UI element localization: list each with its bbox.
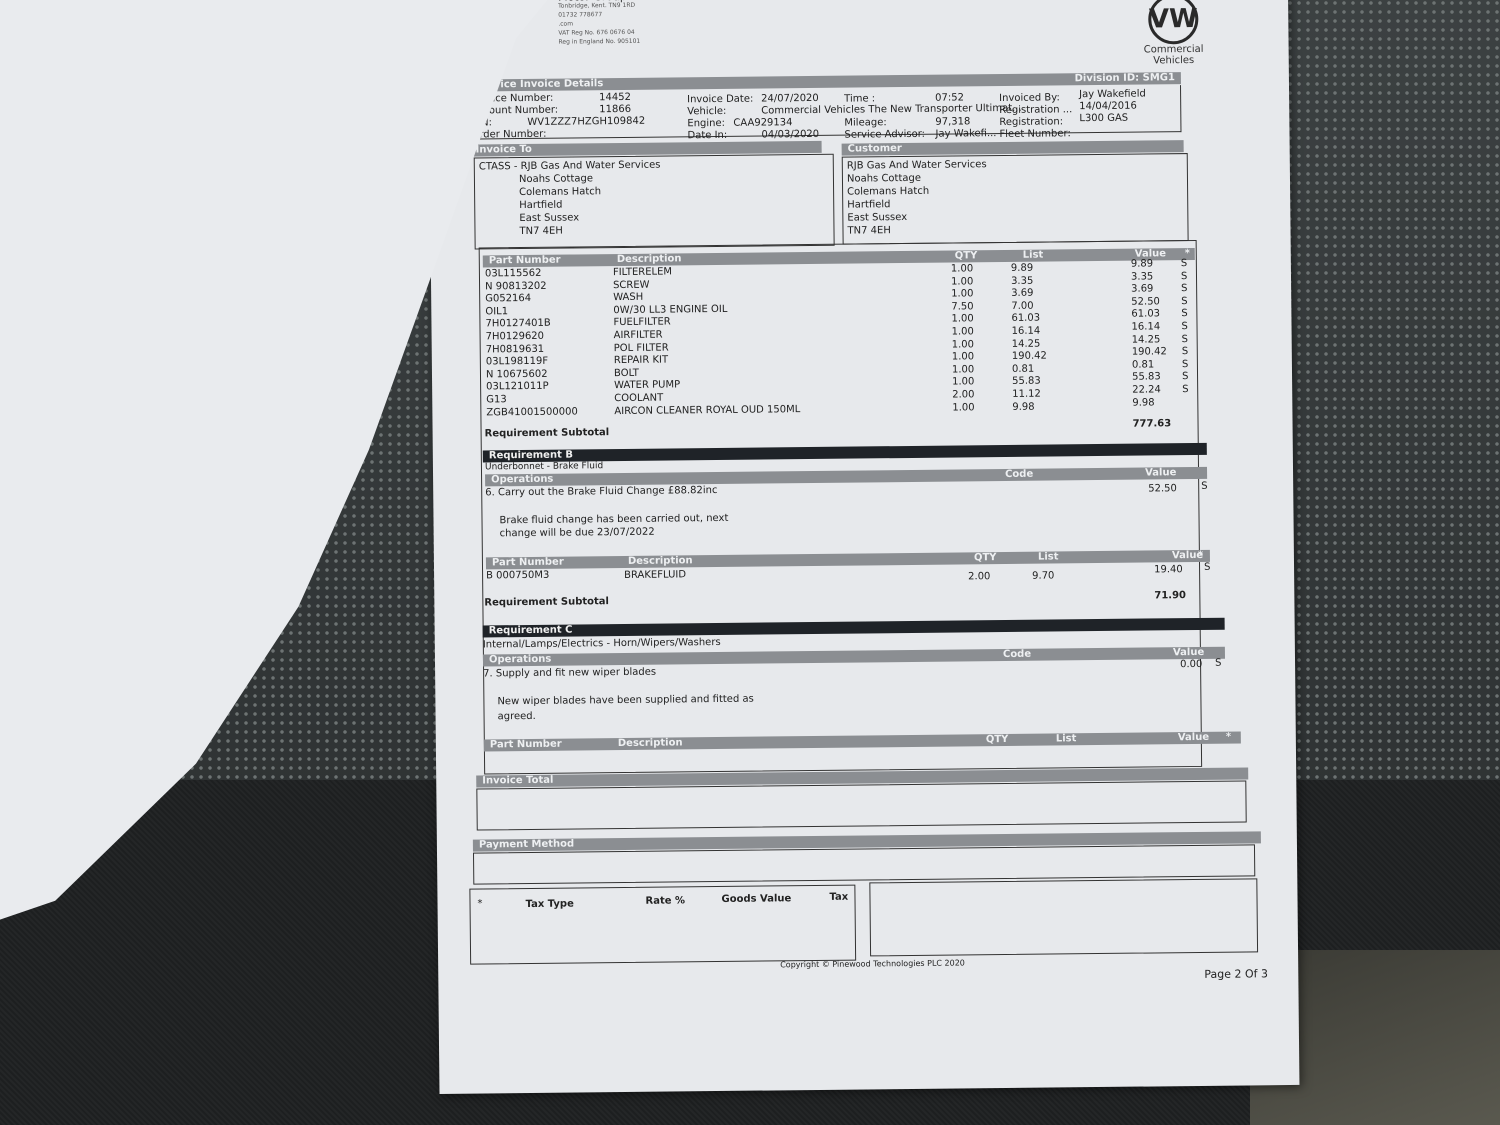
- part-value: 0.81: [1132, 359, 1154, 370]
- part-value: 9.98: [1132, 397, 1154, 408]
- date-in-label: Date In:: [687, 130, 727, 141]
- invoice-number: 14452: [599, 92, 631, 103]
- part-number: 7H0819631: [486, 343, 545, 355]
- requirement-b-title: Requirement B: [489, 450, 573, 462]
- part-value: 3.35: [1131, 271, 1153, 282]
- part-description: BRAKEFLUID: [624, 569, 686, 581]
- value-label: Value: [1145, 467, 1176, 479]
- part-number: N 10675602: [486, 369, 548, 381]
- part-list-price: 3.35: [1011, 275, 1033, 286]
- notes-box: [869, 878, 1258, 956]
- part-value: 22.24: [1132, 384, 1161, 395]
- part-description: WASH: [613, 292, 643, 303]
- service-advisor: Jay Wakefi...: [935, 128, 996, 140]
- dealer-company-number: Reg in England No. 905101: [558, 37, 640, 47]
- header-description: Description: [617, 253, 682, 266]
- part-number: N 90813202: [485, 280, 547, 292]
- requirement-c-note-line-2: agreed.: [498, 711, 536, 722]
- engine-label: Engine:: [687, 118, 725, 129]
- part-description: AIRFILTER: [614, 330, 663, 342]
- part-list-price: 7.00: [1011, 300, 1033, 311]
- part-number: OIL1: [485, 306, 508, 317]
- time: 07:52: [935, 92, 964, 103]
- goods-value-header: Goods Value: [721, 893, 791, 905]
- part-description: 0W/30 LL3 ENGINE OIL: [613, 304, 727, 316]
- mileage: 97,318: [935, 116, 970, 127]
- part-value: 190.42: [1132, 346, 1167, 357]
- requirement-a-subtotal-label: Requirement Subtotal: [485, 427, 610, 439]
- invoice-date-label: Invoice Date:: [687, 94, 753, 106]
- registration-date-label: Registration ...: [999, 104, 1072, 116]
- part-qty: 1.00: [951, 276, 973, 287]
- requirement-c-operation: 7. Supply and fit new wiper blades: [483, 667, 656, 680]
- part-number: 03L121011P: [486, 381, 549, 393]
- invoice-total-box: [476, 780, 1246, 830]
- part-number: 7H0129620: [486, 331, 545, 343]
- code-label: Code: [1005, 469, 1033, 481]
- part-qty: 1.00: [952, 339, 974, 350]
- part-tax-code: S: [1181, 283, 1187, 294]
- requirement-b-operation-tax: S: [1201, 481, 1207, 492]
- requirement-c-operation-value: 0.00: [1180, 659, 1202, 670]
- header-part-number: Part Number: [492, 557, 564, 570]
- part-description: AIRCON CLEANER ROYAL OUD 150ML: [614, 404, 800, 417]
- part-qty: 1.00: [952, 351, 974, 362]
- part-description: WATER PUMP: [614, 380, 680, 392]
- header-description: Description: [628, 555, 693, 568]
- header-list: List: [1056, 733, 1077, 745]
- invoice-total-title: Invoice Total: [482, 775, 553, 787]
- part-value: 61.03: [1131, 309, 1160, 320]
- account-number: 11866: [599, 104, 631, 115]
- header-part-number: Part Number: [489, 255, 561, 268]
- brand-line-2: Vehicles: [1129, 55, 1219, 67]
- payment-method-title: Payment Method: [479, 839, 574, 851]
- part-tax-code: S: [1182, 334, 1188, 345]
- vin: WV1ZZZ7HZGH109842: [527, 116, 645, 128]
- header-flag: *: [1198, 550, 1203, 562]
- invoice-to-title: Invoice To: [476, 144, 532, 156]
- dealer-info: Motor Group Tonbridge, Kent. TN9 1RD 017…: [558, 0, 640, 47]
- part-qty: 1.00: [951, 288, 973, 299]
- invoice-to-box: CTASS - RJB Gas And Water ServicesNoahs …: [474, 154, 835, 250]
- part-number: 7H0127401B: [485, 318, 550, 330]
- part-list-price: 9.89: [1011, 263, 1033, 274]
- code-label: Code: [1003, 649, 1031, 661]
- payment-method-box: [473, 844, 1255, 884]
- part-list-price: 55.83: [1012, 376, 1041, 387]
- part-description: FUELFILTER: [613, 317, 670, 329]
- rate-header: Rate %: [645, 895, 685, 906]
- part-list-price: 16.14: [1012, 326, 1041, 337]
- tax-header: Tax: [829, 892, 848, 903]
- part-list-price: 14.25: [1012, 338, 1041, 349]
- part-qty: 1.00: [952, 364, 974, 375]
- requirement-b-operation-value: 52.50: [1148, 483, 1177, 494]
- part-number: ZGB41001500000: [486, 406, 578, 418]
- part-tax-code: S: [1181, 308, 1187, 319]
- part-list-price: 190.42: [1012, 351, 1047, 362]
- brand-text: Commercial Vehicles: [1129, 44, 1219, 67]
- invoice-page: Motor Group Tonbridge, Kent. TN9 1RD 017…: [428, 0, 1299, 1094]
- part-tax-code: S: [1182, 384, 1188, 395]
- page-number: Page 2 Of 3: [1204, 967, 1268, 981]
- part-tax-code: S: [1181, 321, 1187, 332]
- part-tax-code: S: [1182, 371, 1188, 382]
- part-number: 03L115562: [485, 268, 542, 280]
- part-tax-code: S: [1181, 296, 1187, 307]
- header-list: List: [1038, 551, 1059, 563]
- header-qty: QTY: [955, 250, 978, 262]
- part-value: 19.40: [1154, 564, 1183, 575]
- dealer-address: Tonbridge, Kent. TN9 1RD: [558, 1, 640, 11]
- part-list-price: 61.03: [1011, 313, 1040, 324]
- header-qty: QTY: [986, 734, 1009, 746]
- part-value: 55.83: [1132, 372, 1161, 383]
- operations-label: Operations: [491, 474, 553, 486]
- header-flag: *: [1226, 732, 1231, 744]
- part-qty: 1.00: [951, 314, 973, 325]
- part-list-price: 3.69: [1011, 288, 1033, 299]
- part-value: 14.25: [1132, 334, 1161, 345]
- part-tax-code: S: [1182, 346, 1188, 357]
- part-qty: 1.00: [952, 326, 974, 337]
- header-qty: QTY: [974, 552, 997, 564]
- part-description: POL FILTER: [614, 342, 669, 354]
- copyright: Copyright © Pinewood Technologies PLC 20…: [780, 958, 965, 969]
- address-line: TN7 4EH: [479, 222, 829, 239]
- requirements-frame: [479, 240, 1202, 774]
- part-qty: 1.00: [951, 263, 973, 274]
- part-tax-code: S: [1182, 359, 1188, 370]
- part-tax-code: S: [1204, 562, 1210, 573]
- part-value: 3.69: [1131, 284, 1153, 295]
- part-qty: 1.00: [952, 377, 974, 388]
- invoice-date: 24/07/2020: [761, 93, 819, 105]
- part-qty: 1.00: [952, 402, 974, 413]
- part-list-price: 9.70: [1032, 570, 1054, 581]
- vw-logo-icon: VW: [1148, 0, 1199, 44]
- requirement-c-operation-tax: S: [1215, 658, 1221, 669]
- part-description: FILTERELEM: [613, 266, 672, 278]
- part-qty: 2.00: [968, 571, 990, 582]
- requirement-c-title: Requirement C: [489, 625, 573, 637]
- operations-label: Operations: [489, 654, 551, 666]
- time-label: Time :: [844, 93, 875, 104]
- requirement-a-subtotal: 777.63: [1132, 418, 1171, 429]
- part-value: 52.50: [1131, 296, 1160, 307]
- part-number: G052164: [485, 293, 531, 304]
- tax-type-header: Tax Type: [525, 899, 573, 911]
- date-in: 04/03/2020: [761, 129, 819, 141]
- header-value: Value: [1178, 732, 1209, 744]
- header-list: List: [1023, 250, 1044, 262]
- vehicle-label: Vehicle:: [687, 106, 726, 117]
- customer-title: Customer: [848, 143, 902, 155]
- part-list-price: 9.98: [1012, 401, 1034, 412]
- part-qty: 2.00: [952, 389, 974, 400]
- registration: L300 GAS: [1079, 113, 1128, 125]
- part-list-price: 0.81: [1012, 363, 1034, 374]
- part-value: 16.14: [1131, 321, 1160, 332]
- part-description: BOLT: [614, 368, 639, 379]
- requirement-b-subtotal: 71.90: [1154, 590, 1186, 601]
- customer-box: RJB Gas And Water ServicesNoahs CottageC…: [842, 153, 1189, 245]
- header-part-number: Part Number: [490, 739, 562, 752]
- value-label: Value: [1173, 647, 1204, 659]
- division-id: Division ID: SMG1: [1075, 72, 1175, 85]
- requirement-b-subtotal-label: Requirement Subtotal: [484, 596, 609, 608]
- part-list-price: 11.12: [1012, 389, 1041, 400]
- part-value: 9.89: [1131, 258, 1153, 269]
- requirement-b-note-line-2: change will be due 23/07/2022: [500, 527, 655, 540]
- part-number: G13: [486, 394, 507, 405]
- part-qty: 7.50: [951, 301, 973, 312]
- part-description: SCREW: [613, 279, 650, 290]
- engine: CAA929134: [733, 117, 792, 129]
- part-number: 03L198119F: [486, 356, 548, 368]
- invoiced-by: Jay Wakefield: [1079, 88, 1146, 100]
- part-description: COOLANT: [614, 393, 663, 405]
- tax-star: *: [477, 898, 482, 909]
- registration-date: 14/04/2016: [1079, 101, 1137, 113]
- part-tax-code: S: [1181, 258, 1187, 269]
- fleet-number-label: Fleet Number:: [999, 128, 1070, 140]
- part-tax-code: S: [1181, 271, 1187, 282]
- invoiced-by-label: Invoiced By:: [999, 92, 1060, 104]
- service-advisor-label: Service Advisor:: [844, 129, 925, 141]
- part-description: REPAIR KIT: [614, 355, 668, 367]
- header-description: Description: [618, 737, 683, 750]
- part-number: B 000750M3: [486, 570, 549, 582]
- requirement-b-category: Underbonnet - Brake Fluid: [485, 461, 603, 472]
- mileage-label: Mileage:: [844, 117, 886, 128]
- registration-label: Registration:: [999, 116, 1063, 128]
